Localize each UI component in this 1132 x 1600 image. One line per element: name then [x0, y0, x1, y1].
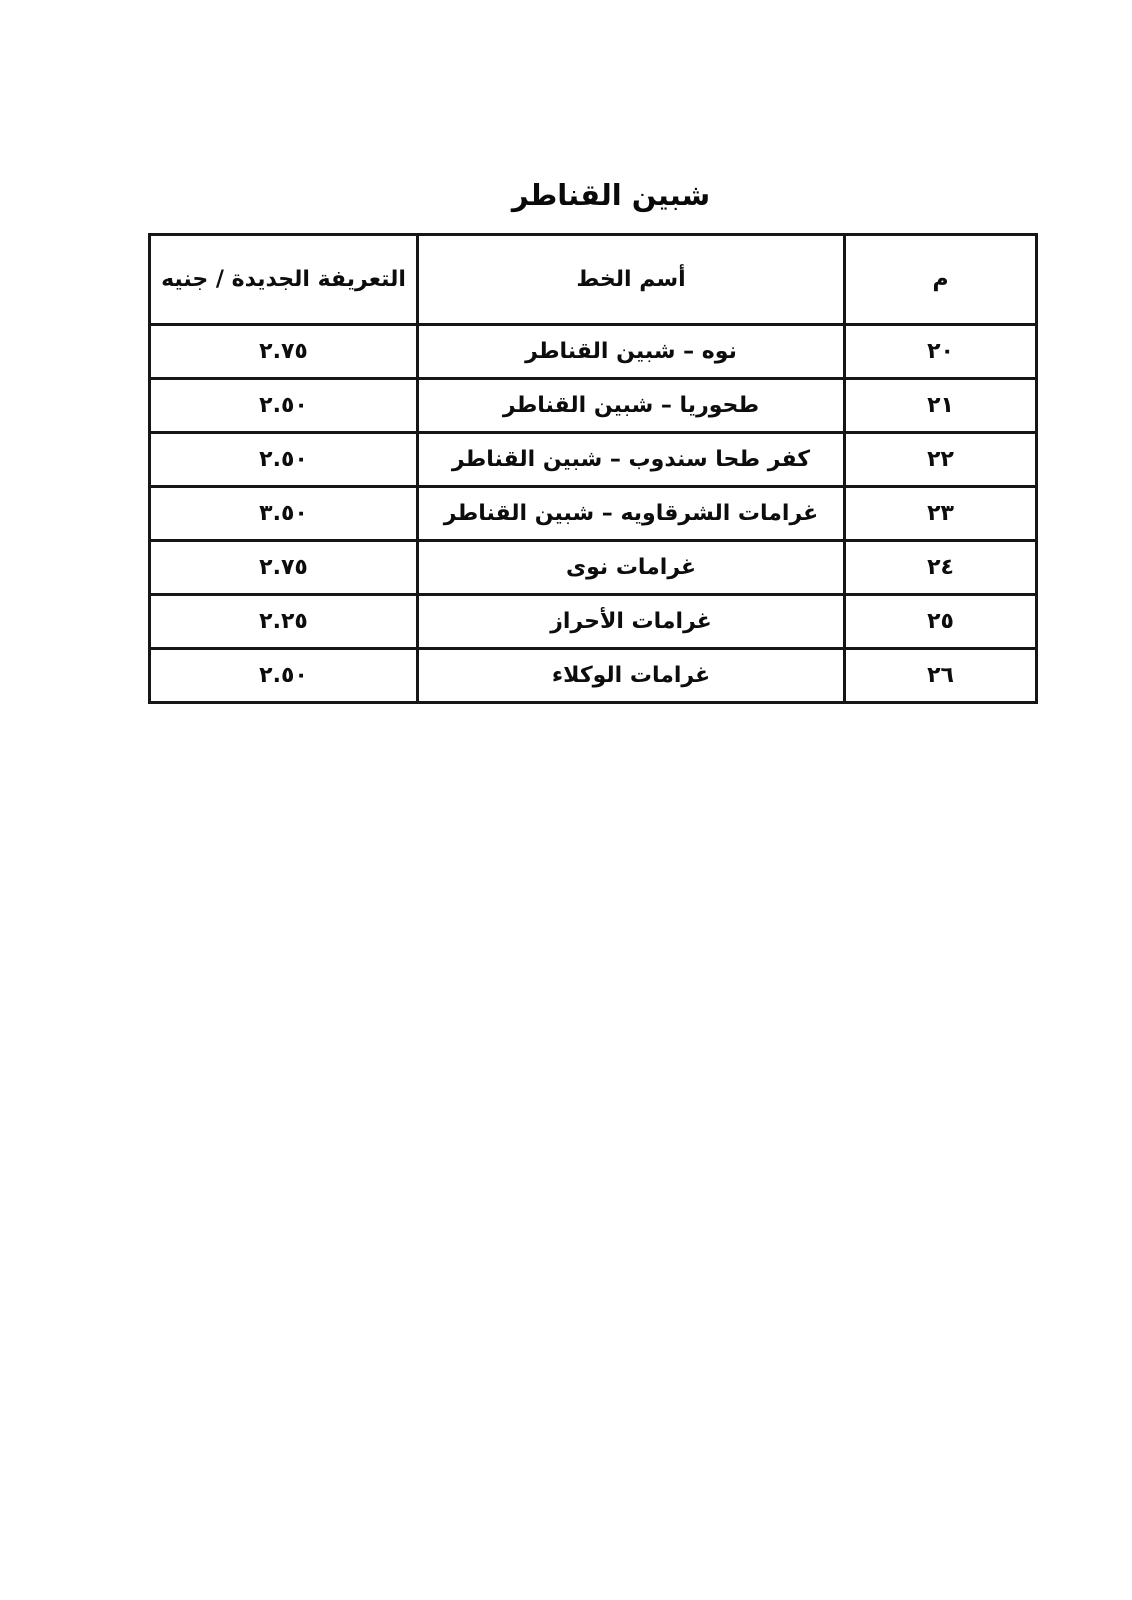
line-name-cell: غرامات الأحراز	[418, 595, 845, 649]
row-number-cell: ٢٤	[845, 541, 1037, 595]
table-row: ٢٢ كفر طحا سندوب – شبين القناطر ٢.٥٠	[150, 433, 1037, 487]
table-row: ٢٣ غرامات الشرقاويه – شبين القناطر ٣.٥٠	[150, 487, 1037, 541]
table-body: ٢٠ نوه – شبين القناطر ٢.٧٥ ٢١ طحوريا – ش…	[150, 325, 1037, 703]
column-header-line-name: أسم الخط	[418, 235, 845, 325]
tariff-value-cell: ٣.٥٠	[150, 487, 418, 541]
line-name-cell: كفر طحا سندوب – شبين القناطر	[418, 433, 845, 487]
line-name-cell: غرامات نوى	[418, 541, 845, 595]
row-number-cell: ٢٠	[845, 325, 1037, 379]
tariff-value-cell: ٢.٧٥	[150, 541, 418, 595]
document-page: شبين القناطر م أسم الخط التعريفة الجديدة…	[0, 0, 1132, 1600]
line-name-cell: نوه – شبين القناطر	[418, 325, 845, 379]
page-title: شبين القناطر	[512, 178, 710, 212]
column-header-tariff: التعريفة الجديدة / جنيه	[150, 235, 418, 325]
table-row: ٢٥ غرامات الأحراز ٢.٢٥	[150, 595, 1037, 649]
table-row: ٢١ طحوريا – شبين القناطر ٢.٥٠	[150, 379, 1037, 433]
line-name-cell: طحوريا – شبين القناطر	[418, 379, 845, 433]
table-header-row: م أسم الخط التعريفة الجديدة / جنيه	[150, 235, 1037, 325]
column-header-number: م	[845, 235, 1037, 325]
table-row: ٢٠ نوه – شبين القناطر ٢.٧٥	[150, 325, 1037, 379]
row-number-cell: ٢٥	[845, 595, 1037, 649]
tariff-table: م أسم الخط التعريفة الجديدة / جنيه ٢٠ نو…	[148, 233, 1038, 704]
tariff-value-cell: ٢.٥٠	[150, 379, 418, 433]
line-name-cell: غرامات الوكلاء	[418, 649, 845, 703]
row-number-cell: ٢٦	[845, 649, 1037, 703]
tariff-value-cell: ٢.٥٠	[150, 433, 418, 487]
table-row: ٢٤ غرامات نوى ٢.٧٥	[150, 541, 1037, 595]
table-row: ٢٦ غرامات الوكلاء ٢.٥٠	[150, 649, 1037, 703]
row-number-cell: ٢١	[845, 379, 1037, 433]
tariff-value-cell: ٢.٧٥	[150, 325, 418, 379]
row-number-cell: ٢٣	[845, 487, 1037, 541]
tariff-value-cell: ٢.٢٥	[150, 595, 418, 649]
tariff-value-cell: ٢.٥٠	[150, 649, 418, 703]
line-name-cell: غرامات الشرقاويه – شبين القناطر	[418, 487, 845, 541]
row-number-cell: ٢٢	[845, 433, 1037, 487]
